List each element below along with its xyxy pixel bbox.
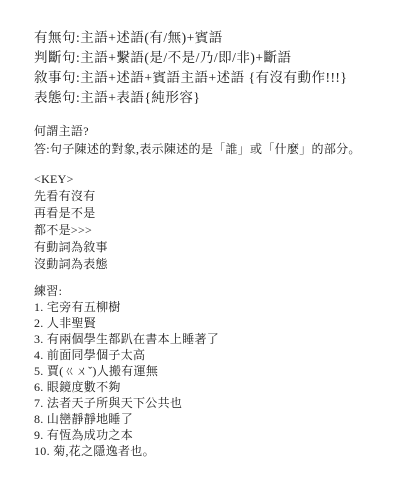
pattern-line-youwu: 有無句:主語+述語(有/無)+賓語 [34,28,380,48]
key-line: 有動詞為敘事 [34,239,380,256]
sentence-patterns-section: 有無句:主語+述語(有/無)+賓語 判斷句:主語+繫語(是/不是/乃/即/非)+… [34,28,380,108]
practice-item: 1. 宅旁有五柳樹 [34,299,380,315]
practice-item: 7. 法者天子所與天下公共也 [34,395,380,411]
practice-item: 8. 山巒靜靜地睡了 [34,411,380,427]
document-page: 有無句:主語+述語(有/無)+賓語 判斷句:主語+繫語(是/不是/乃/即/非)+… [0,0,396,480]
pattern-line-biaotai: 表態句:主語+表語{純形容} [34,88,380,108]
practice-item: 6. 眼鏡度數不夠 [34,379,380,395]
practice-item: 4. 前面同學個子太高 [34,347,380,363]
subject-qa-section: 何謂主語? 答:句子陳述的對象,表示陳述的是「誰」或「什麼」的部分。 [34,122,380,158]
key-line: 先看有沒有 [34,188,380,205]
key-line: 再看是不是 [34,205,380,222]
practice-item: 10. 菊,花之隱逸者也。 [34,443,380,459]
practice-section: 練習: 1. 宅旁有五柳樹 2. 人非聖賢 3. 有兩個學生都趴在書本上睡著了 … [34,283,380,459]
practice-title: 練習: [34,283,380,299]
qa-answer: 答:句子陳述的對象,表示陳述的是「誰」或「什麼」的部分。 [34,140,380,158]
key-section: <KEY> 先看有沒有 再看是不是 都不是>>> 有動詞為敘事 沒動詞為表態 [34,171,380,273]
qa-question: 何謂主語? [34,122,380,140]
pattern-line-panduan: 判斷句:主語+繫語(是/不是/乃/即/非)+斷語 [34,48,380,68]
key-line: 都不是>>> [34,222,380,239]
pattern-line-xushi: 敘事句:主語+述語+賓語主語+述語 {有沒有動作!!!} [34,68,380,88]
practice-item: 3. 有兩個學生都趴在書本上睡著了 [34,331,380,347]
practice-item: 2. 人非聖賢 [34,315,380,331]
practice-item: 5. 賈(ㄍㄨˇ)人搬有運無 [34,363,380,379]
key-title: <KEY> [34,171,380,188]
practice-item: 9. 有恆為成功之本 [34,427,380,443]
key-line: 沒動詞為表態 [34,256,380,273]
